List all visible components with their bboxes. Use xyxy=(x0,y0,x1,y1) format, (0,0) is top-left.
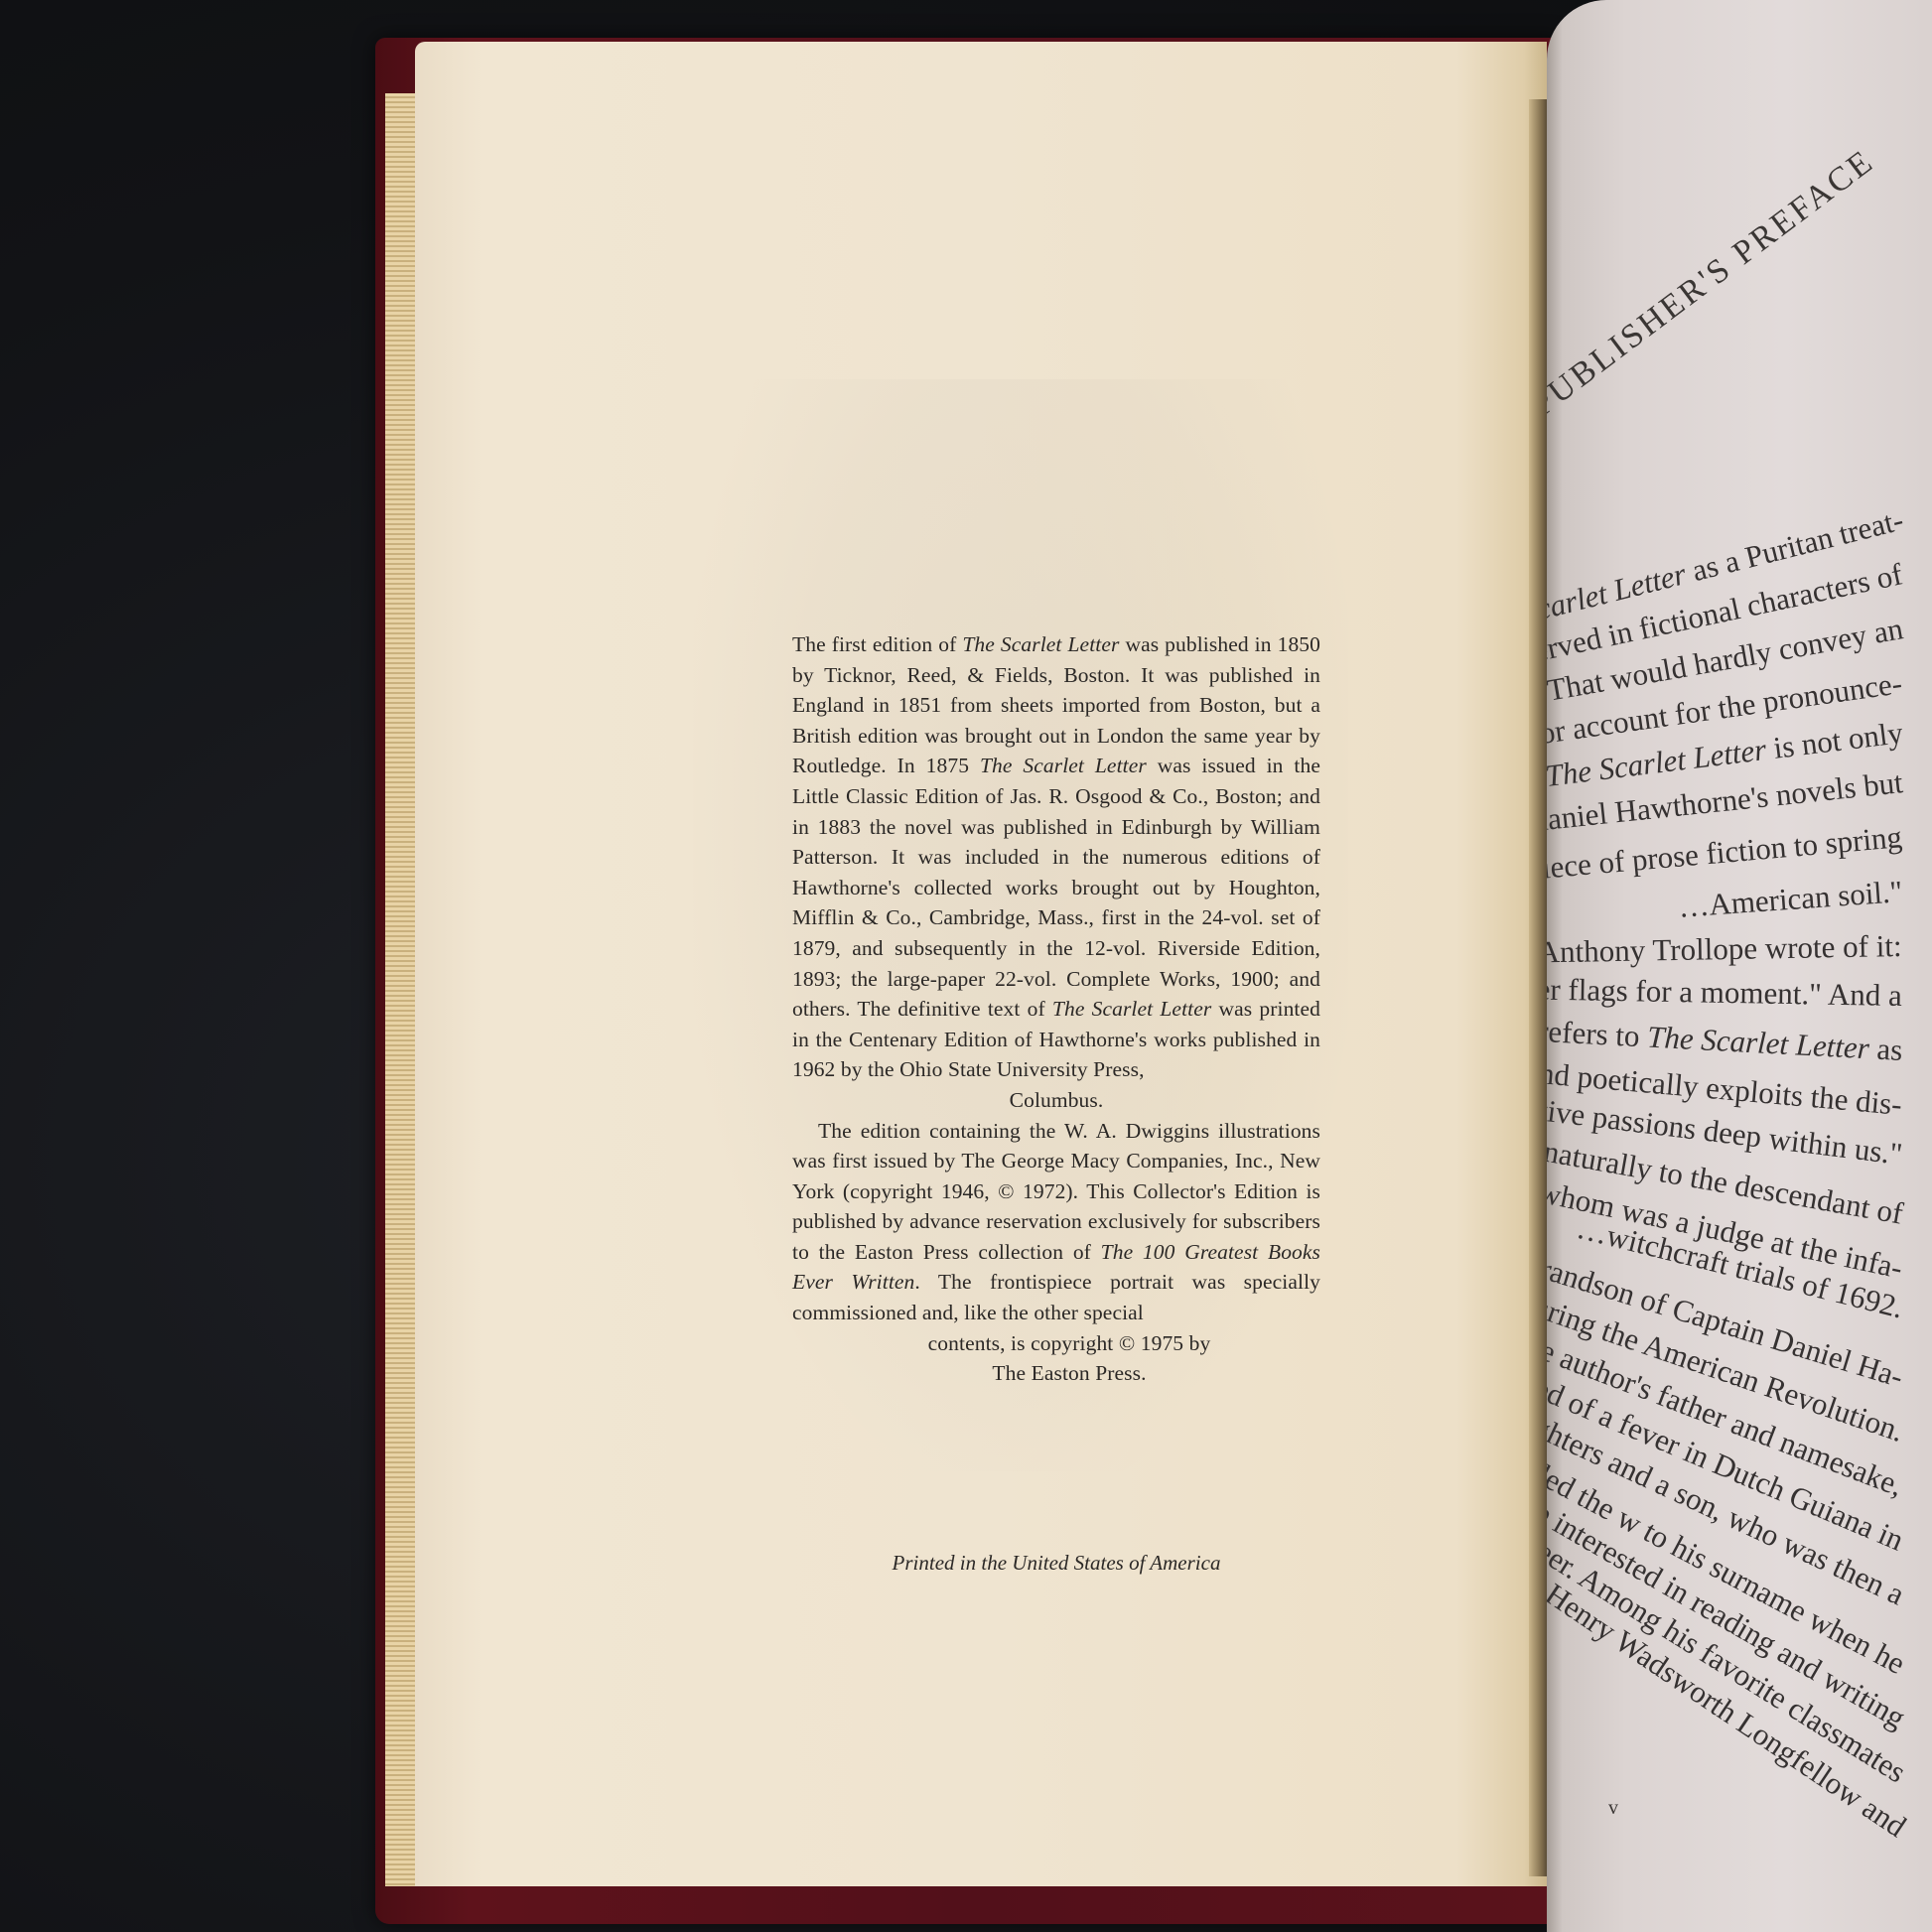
right-page-content: PUBLISHER'S PREFACE …describe The Scarle… xyxy=(1547,0,1932,1932)
preface-text: …American soil." xyxy=(1677,874,1903,924)
left-page: The first edition of The Scarlet Letter … xyxy=(415,42,1547,1886)
book-title-italic: The Scarlet Letter xyxy=(980,754,1147,777)
book-title-italic: The Scarlet Letter xyxy=(962,632,1119,656)
preface-text: …reader's interest never flags for a mom… xyxy=(1547,967,1902,1013)
paragraph-publication-history: The first edition of The Scarlet Letter … xyxy=(792,629,1320,1116)
centered-line: Columbus. xyxy=(792,1085,1320,1116)
paragraph-edition-notice: The edition containing the W. A. Dwiggin… xyxy=(792,1116,1320,1389)
preface-text: …English novelist Anthony Trollope wrote… xyxy=(1547,928,1902,974)
preface-text: as xyxy=(1868,1031,1903,1067)
imprint-line: Printed in the United States of America xyxy=(792,1551,1320,1576)
centered-line: The Easton Press. xyxy=(792,1358,1320,1389)
page-number: v xyxy=(1608,1797,1618,1820)
preface-title: PUBLISHER'S PREFACE xyxy=(1547,142,1881,425)
page-edges xyxy=(385,93,417,1886)
copyright-text-block: The first edition of The Scarlet Letter … xyxy=(792,629,1320,1389)
right-page: PUBLISHER'S PREFACE …describe The Scarle… xyxy=(1547,0,1932,1932)
centered-line: contents, is copyright © 1975 by xyxy=(792,1328,1320,1359)
preface-line: …American soil." xyxy=(1677,874,1903,925)
book-title-italic: The Scarlet Letter xyxy=(1646,1020,1869,1066)
book-title-italic: The Scarlet Letter xyxy=(1052,997,1211,1021)
preface-line: …English novelist Anthony Trollope wrote… xyxy=(1547,928,1902,975)
text-segment: was issued in the Little Classic Edition… xyxy=(792,754,1320,1021)
preface-line: …reader's interest never flags for a mom… xyxy=(1547,967,1902,1014)
preface-text: is not only xyxy=(1763,715,1904,766)
photo-scene: The first edition of The Scarlet Letter … xyxy=(0,0,1932,1932)
text-segment: The first edition of xyxy=(792,632,962,656)
